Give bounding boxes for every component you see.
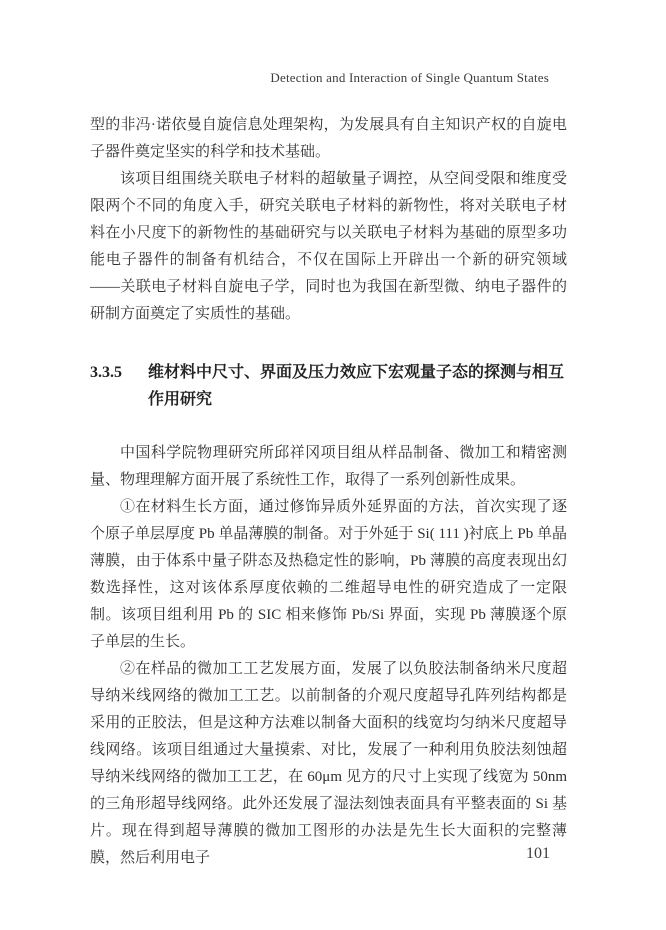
paragraph-item-2-microfabrication: ②在样品的微加工工艺发展方面，发展了以负胶法制备纳米尺度超导纳米线网络的微加工工… [90, 656, 567, 872]
paragraph-project-overview: 该项目组围绕关联电子材料的超敏量子调控，从空间受限和维度受限两个不同的角度入手，… [90, 166, 567, 328]
page-number: 101 [526, 845, 550, 863]
section-number: 3.3.5 [90, 359, 148, 413]
paragraph-group-intro: 中国科学院物理研究所邱祥冈项目组从样品制备、微加工和精密测量、物理理解方面开展了… [90, 440, 567, 494]
paragraph-continuation: 型的非冯·诺依曼自旋信息处理架构，为发展具有自主知识产权的自旋电子器件奠定坚实的… [90, 112, 567, 166]
running-header: Detection and Interaction of Single Quan… [270, 70, 549, 86]
paragraph-item-1-material-growth: ①在材料生长方面，通过修饰异质外延界面的方法，首次实现了逐个原子单层厚度 Pb … [90, 494, 567, 656]
section-title: 维材料中尺寸、界面及压力效应下宏观量子态的探测与相互作用研究 [148, 359, 567, 413]
page-body: 型的非冯·诺依曼自旋信息处理架构，为发展具有自主知识产权的自旋电子器件奠定坚实的… [90, 112, 567, 872]
book-page: Detection and Interaction of Single Quan… [0, 0, 666, 930]
section-heading: 3.3.5 维材料中尺寸、界面及压力效应下宏观量子态的探测与相互作用研究 [90, 359, 567, 413]
